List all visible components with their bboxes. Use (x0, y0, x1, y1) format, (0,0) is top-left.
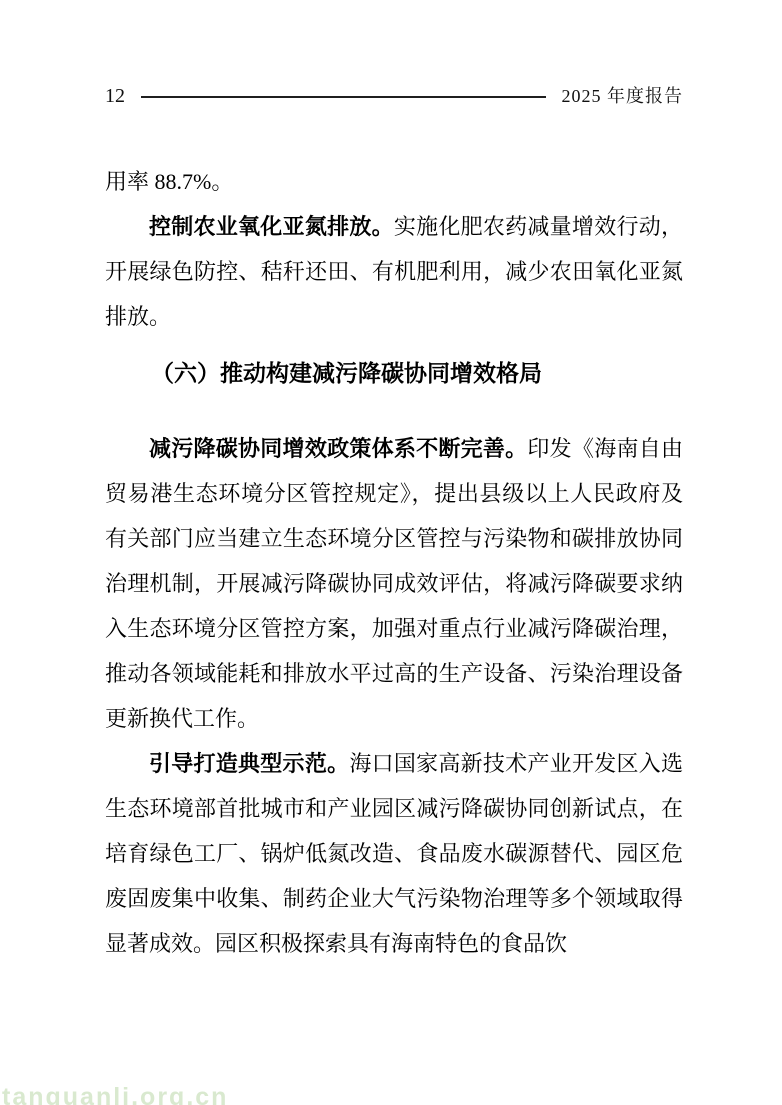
paragraph-demonstration-lead: 引导打造典型示范。 (149, 751, 349, 776)
paragraph-policy-system: 减污降碳协同增效政策体系不断完善。印发《海南自由贸易港生态环境分区管控规定》，提… (105, 426, 683, 741)
page-body: 用率 88.7%。 控制农业氧化亚氮排放。实施化肥农药减量增效行动，开展绿色防控… (105, 159, 683, 966)
report-title: 2025 年度报告 (562, 84, 684, 108)
page-number: 12 (105, 84, 125, 108)
section-heading: （六）推动构建减污降碳协同增效格局 (105, 351, 683, 396)
document-page: 12 2025 年度报告 用率 88.7%。 控制农业氧化亚氮排放。实施化肥农药… (0, 0, 782, 1105)
paragraph-policy-system-text: 印发《海南自由贸易港生态环境分区管控规定》，提出县级以上人民政府及有关部门应当建… (105, 436, 683, 731)
paragraph-nitrous-oxide-lead: 控制农业氧化亚氮排放。 (149, 214, 394, 239)
paragraph-carryover: 用率 88.7%。 (105, 159, 683, 204)
page-header: 12 2025 年度报告 (105, 84, 683, 108)
paragraph-policy-system-lead: 减污降碳协同增效政策体系不断完善。 (149, 436, 527, 461)
paragraph-nitrous-oxide: 控制农业氧化亚氮排放。实施化肥农药减量增效行动，开展绿色防控、秸秆还田、有机肥利… (105, 204, 683, 339)
watermark: tanguanli.org.cn (2, 1083, 228, 1105)
paragraph-demonstration: 引导打造典型示范。海口国家高新技术产业开发区入选生态环境部首批城市和产业园区减污… (105, 741, 683, 966)
paragraph-demonstration-text: 海口国家高新技术产业开发区入选生态环境部首批城市和产业园区减污降碳协同创新试点，… (105, 751, 683, 956)
paragraph-carryover-text: 用率 88.7%。 (105, 169, 233, 194)
header-rule (141, 96, 546, 98)
